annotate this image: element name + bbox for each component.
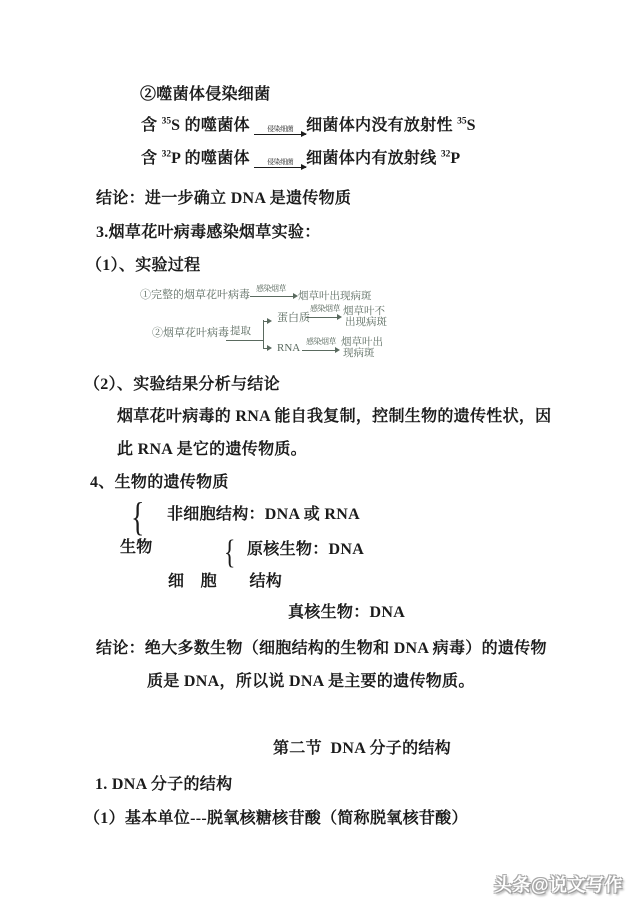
- phage-32p-line: 含 32P 的噬菌体 侵染细菌细菌体内有放射线 32P: [141, 149, 460, 168]
- tree-non-cell: 非细胞结构：DNA 或 RNA: [167, 505, 360, 524]
- diagram-step1-result: 烟草叶出现病斑: [298, 291, 372, 302]
- gm-conclusion-line2: 质是 DNA，所以说 DNA 是主要的遗传物质。: [147, 672, 475, 691]
- tobacco-sub2: （2）、实验结果分析与结论: [84, 375, 280, 394]
- isotope-35: 35: [457, 117, 467, 127]
- isotope-32: 32: [441, 150, 451, 160]
- tree-root: 生物: [120, 538, 153, 557]
- brace-icon: {: [131, 502, 144, 532]
- diagram-protein-arrow-label: 感染烟草: [310, 304, 340, 313]
- text-mid: 的噬菌体: [180, 150, 254, 167]
- diagram-bracket-spine: [263, 320, 264, 349]
- section2-title: 第二节 DNA 分子的结构: [273, 739, 451, 758]
- gm-conclusion-line1: 结论：绝大多数生物（细胞结构的生物和 DNA 病毒）的遗传物: [96, 639, 547, 658]
- isotope-35: 35: [162, 117, 172, 127]
- diagram-step1-label: ①完整的烟草花叶病毒: [140, 289, 250, 301]
- diagram-rna-arrow-line: [302, 350, 335, 351]
- phage-heading: ②噬菌体侵染细菌: [140, 85, 270, 104]
- text-result: 细菌体内没有放射性: [306, 117, 457, 134]
- diagram-protein-result-line1: 烟草叶不: [343, 306, 385, 317]
- diagram-bottom-arrowhead-icon: [267, 345, 272, 351]
- element-s: S: [171, 117, 180, 134]
- diagram-rna-arrow-label: 感染烟草: [306, 337, 336, 346]
- diagram-rna-label: RNA: [277, 342, 300, 354]
- brace-icon: {: [224, 540, 235, 566]
- phage-conclusion: 结论：进一步确立 DNA 是遗传物质: [96, 189, 351, 208]
- tobacco-sub1: （1）、实验过程: [86, 256, 200, 275]
- diagram-protein-arrowhead-icon: [337, 314, 342, 320]
- section2-h1: 1. DNA 分子的结构: [95, 775, 232, 794]
- text-result: 细菌体内有放射线: [306, 150, 441, 167]
- phage-35s-line: 含 35S 的噬菌体 侵染细菌细菌体内没有放射性 35S: [141, 116, 476, 135]
- genetic-material-heading: 4、生物的遗传物质: [90, 473, 229, 492]
- diagram-protein-arrow-line: [306, 317, 337, 318]
- diagram-extract-label: 提取: [230, 326, 251, 337]
- diagram-extract-line: [226, 340, 264, 341]
- diagram-top-arrowhead-icon: [267, 318, 272, 324]
- diagram-protein-label: 蛋白质: [277, 312, 310, 324]
- document-page: ②噬菌体侵染细菌 含 35S 的噬菌体 侵染细菌细菌体内没有放射性 35S 含 …: [0, 0, 640, 905]
- diagram-step1-arrow-label: 感染烟草: [256, 284, 286, 293]
- diagram-rna-arrowhead-icon: [335, 347, 340, 353]
- arrow-shaft: [254, 134, 306, 135]
- element-p: P: [450, 150, 460, 167]
- arrow-shaft: [254, 167, 306, 168]
- diagram-step2-label: ②烟草花叶病毒: [152, 327, 229, 339]
- diagram-rna-result-line1: 烟草叶出: [341, 337, 383, 348]
- element-p: P: [171, 150, 180, 167]
- tree-prokaryote: 原核生物：DNA: [247, 540, 364, 559]
- diagram-rna-result-line2: 现病斑: [343, 348, 375, 359]
- text-pre: 含: [141, 117, 162, 134]
- diagram-protein-result-line2: 出现病斑: [345, 317, 387, 328]
- tree-eukaryote: 真核生物：DNA: [288, 603, 405, 622]
- tobacco-heading: 3.烟草花叶病毒感染烟草实验：: [96, 223, 321, 242]
- arrow-label: 侵染细菌: [267, 158, 293, 166]
- text-pre: 含: [141, 150, 162, 167]
- watermark-toutiao: 头条@说文写作: [494, 871, 623, 897]
- text-mid: 的噬菌体: [180, 117, 254, 134]
- tobacco-para-line2: 此 RNA 是它的遗传物质。: [117, 440, 307, 459]
- element-s: S: [467, 117, 476, 134]
- infect-bacteria-arrow-icon: 侵染细菌: [254, 125, 306, 135]
- isotope-32: 32: [162, 150, 172, 160]
- arrow-label: 侵染细菌: [267, 125, 293, 133]
- tobacco-para-line1: 烟草花叶病毒的 RNA 能自我复制，控制生物的遗传性状，因: [117, 407, 551, 426]
- diagram-step1-arrow-line: [250, 296, 293, 297]
- tree-cell-row: 细 胞 结构: [168, 572, 282, 591]
- infect-bacteria-arrow-icon: 侵染细菌: [254, 158, 306, 168]
- section2-item1: （1）基本单位---脱氧核糖核苷酸（简称脱氧核苷酸）: [84, 809, 468, 828]
